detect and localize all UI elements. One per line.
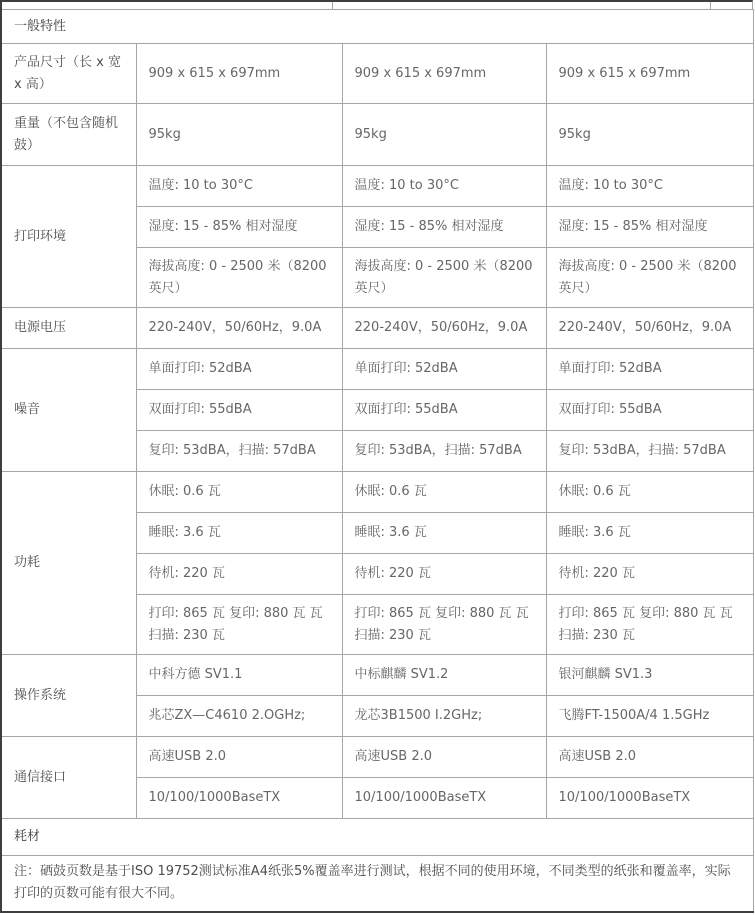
spec-value-cell: 95kg xyxy=(136,104,342,166)
spec-value-cell: 休眠: 0.6 瓦 xyxy=(546,472,753,513)
spec-value-cell: 湿度: 15 - 85% 相对湿度 xyxy=(136,207,342,248)
spec-value-cell: 220-240V，50/60Hz，9.0A xyxy=(342,308,546,349)
spec-value-cell: 高速USB 2.0 xyxy=(136,737,342,778)
spec-value-cell: 海拔高度: 0 - 2500 米（8200 英尺） xyxy=(136,248,342,308)
spec-value-cell: 温度: 10 to 30°C xyxy=(342,166,546,207)
cropped-row-above xyxy=(0,0,753,9)
spec-value-cell: 909 x 615 x 697mm xyxy=(342,44,546,104)
spec-value-cell: 睡眠: 3.6 瓦 xyxy=(342,513,546,554)
spec-value-cell: 10/100/1000BaseTX xyxy=(546,778,753,819)
spec-value-cell: 温度: 10 to 30°C xyxy=(546,166,753,207)
spec-value-cell: 休眠: 0.6 瓦 xyxy=(136,472,342,513)
spec-value-cell: 飞腾FT-1500A/4 1.5GHz xyxy=(546,696,753,737)
spec-value-cell: 休眠: 0.6 瓦 xyxy=(342,472,546,513)
spec-value-cell: 湿度: 15 - 85% 相对湿度 xyxy=(546,207,753,248)
spec-value-cell: 龙芯3B1500 I.2GHz; xyxy=(342,696,546,737)
table-row: 通信接口 高速USB 2.0 高速USB 2.0 高速USB 2.0 xyxy=(1,737,753,778)
spec-value-cell: 中科方德 SV1.1 xyxy=(136,655,342,696)
spec-label-power-consumption: 功耗 xyxy=(1,472,136,655)
spec-value-cell: 打印: 865 瓦 复印: 880 瓦 瓦 扫描: 230 瓦 xyxy=(136,595,342,655)
spec-value-cell: 95kg xyxy=(342,104,546,166)
section-banner-consumables: 耗材 xyxy=(1,819,753,856)
table-row: 操作系统 中科方德 SV1.1 中标麒麟 SV1.2 银河麒麟 SV1.3 xyxy=(1,655,753,696)
section-banner-row: 一般特性 xyxy=(1,10,753,44)
spec-label-operating-system: 操作系统 xyxy=(1,655,136,737)
spec-value-cell: 220-240V，50/60Hz，9.0A xyxy=(546,308,753,349)
table-row: 噪音 单面打印: 52dBA 单面打印: 52dBA 单面打印: 52dBA xyxy=(1,349,753,390)
spec-value-cell: 高速USB 2.0 xyxy=(342,737,546,778)
spec-value-cell: 待机: 220 瓦 xyxy=(546,554,753,595)
table-row: 注：硒鼓页数是基于ISO 19752测试标准A4纸张5%覆盖率进行测试，根据不同… xyxy=(1,856,753,912)
spec-value-cell: 单面打印: 52dBA xyxy=(546,349,753,390)
section-banner-general: 一般特性 xyxy=(1,10,753,44)
spec-value-cell: 待机: 220 瓦 xyxy=(136,554,342,595)
spec-label-power-voltage: 电源电压 xyxy=(1,308,136,349)
spec-value-cell: 95kg xyxy=(546,104,753,166)
table-row: 电源电压 220-240V，50/60Hz，9.0A 220-240V，50/6… xyxy=(1,308,753,349)
spec-value-cell: 海拔高度: 0 - 2500 米（8200 英尺） xyxy=(342,248,546,308)
spec-label-weight: 重量（不包含随机鼓） xyxy=(1,104,136,166)
table-row: 功耗 休眠: 0.6 瓦 休眠: 0.6 瓦 休眠: 0.6 瓦 xyxy=(1,472,753,513)
spec-value-cell: 单面打印: 52dBA xyxy=(136,349,342,390)
spec-value-cell: 海拔高度: 0 - 2500 米（8200 英尺） xyxy=(546,248,753,308)
table-grid-line xyxy=(710,2,711,9)
table-grid-line xyxy=(332,2,333,9)
spec-value-cell: 高速USB 2.0 xyxy=(546,737,753,778)
spec-value-cell: 909 x 615 x 697mm xyxy=(546,44,753,104)
spec-value-cell: 中标麒麟 SV1.2 xyxy=(342,655,546,696)
spec-value-cell: 220-240V，50/60Hz，9.0A xyxy=(136,308,342,349)
spec-value-cell: 单面打印: 52dBA xyxy=(342,349,546,390)
spec-value-cell: 复印: 53dBA，扫描: 57dBA xyxy=(136,431,342,472)
section-banner-row: 耗材 xyxy=(1,819,753,856)
spec-value-cell: 打印: 865 瓦 复印: 880 瓦 瓦 扫描: 230 瓦 xyxy=(342,595,546,655)
footnote-text: 注：硒鼓页数是基于ISO 19752测试标准A4纸张5%覆盖率进行测试，根据不同… xyxy=(1,856,753,912)
spec-value-cell: 10/100/1000BaseTX xyxy=(342,778,546,819)
spec-value-cell: 双面打印: 55dBA xyxy=(136,390,342,431)
spec-value-cell: 睡眠: 3.6 瓦 xyxy=(546,513,753,554)
spec-value-cell: 待机: 220 瓦 xyxy=(342,554,546,595)
spec-page: 一般特性 产品尺寸（长 x 宽 x 高） 909 x 615 x 697mm 9… xyxy=(0,0,755,915)
spec-label-print-environment: 打印环境 xyxy=(1,166,136,308)
spec-value-cell: 兆芯ZX—C4610 2.OGHz; xyxy=(136,696,342,737)
spec-value-cell: 打印: 865 瓦 复印: 880 瓦 瓦 扫描: 230 瓦 xyxy=(546,595,753,655)
spec-value-cell: 909 x 615 x 697mm xyxy=(136,44,342,104)
spec-value-cell: 湿度: 15 - 85% 相对湿度 xyxy=(342,207,546,248)
spec-label-communication-interface: 通信接口 xyxy=(1,737,136,819)
spec-label-product-size: 产品尺寸（长 x 宽 x 高） xyxy=(1,44,136,104)
printer-spec-table: 一般特性 产品尺寸（长 x 宽 x 高） 909 x 615 x 697mm 9… xyxy=(0,9,754,913)
spec-value-cell: 双面打印: 55dBA xyxy=(342,390,546,431)
spec-value-cell: 睡眠: 3.6 瓦 xyxy=(136,513,342,554)
table-row: 重量（不包含随机鼓） 95kg 95kg 95kg xyxy=(1,104,753,166)
spec-value-cell: 双面打印: 55dBA xyxy=(546,390,753,431)
spec-value-cell: 10/100/1000BaseTX xyxy=(136,778,342,819)
spec-value-cell: 银河麒麟 SV1.3 xyxy=(546,655,753,696)
table-row: 打印环境 温度: 10 to 30°C 温度: 10 to 30°C 温度: 1… xyxy=(1,166,753,207)
spec-label-noise: 噪音 xyxy=(1,349,136,472)
spec-value-cell: 复印: 53dBA，扫描: 57dBA xyxy=(342,431,546,472)
spec-value-cell: 复印: 53dBA，扫描: 57dBA xyxy=(546,431,753,472)
spec-value-cell: 温度: 10 to 30°C xyxy=(136,166,342,207)
table-row: 产品尺寸（长 x 宽 x 高） 909 x 615 x 697mm 909 x … xyxy=(1,44,753,104)
